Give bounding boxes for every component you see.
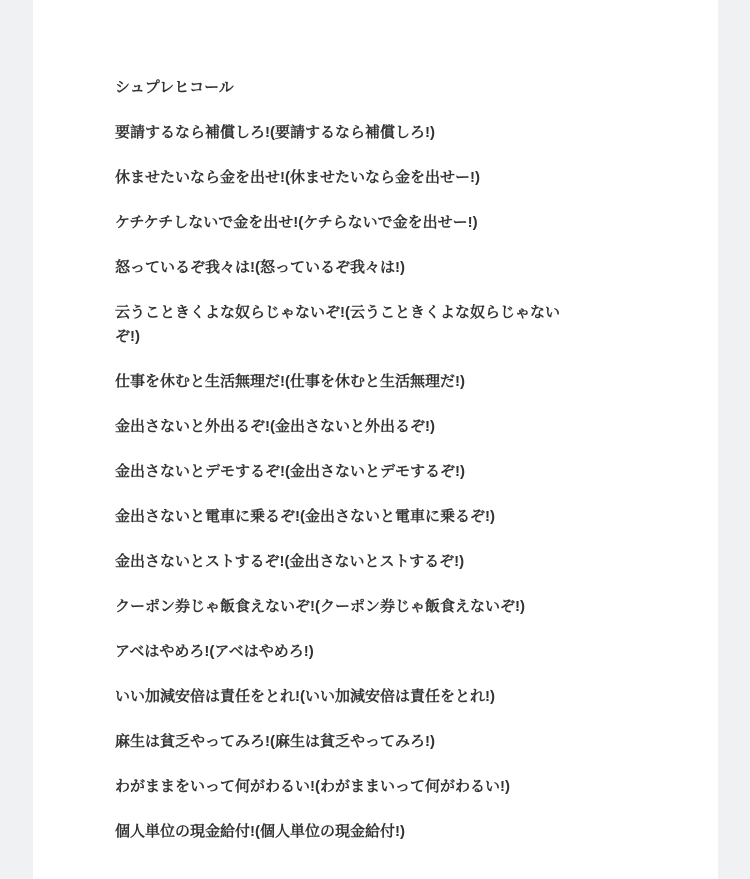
chant-paragraph: 仕事を休むと生活無理だ!(仕事を休むと生活無理だ!): [115, 370, 620, 394]
chant-paragraph: ケチケチしないで金を出せ!(ケチらないで金を出せー!): [115, 211, 620, 235]
chant-paragraph: 金出さないと電車に乗るぞ!(金出さないと電車に乗るぞ!): [115, 505, 620, 529]
chant-paragraph: 要請するなら補償しろ!(要請するなら補償しろ!): [115, 121, 620, 145]
chant-paragraph: わがままをいって何がわるい!(わがままいって何がわるい!): [115, 775, 620, 799]
chant-paragraph: 怒っているぞ我々は!(怒っているぞ我々は!): [115, 256, 620, 280]
chant-paragraph: アベはやめろ!(アベはやめろ!): [115, 640, 620, 664]
post-title: シュプレヒコール: [115, 76, 620, 100]
chant-paragraph: 金出さないとデモするぞ!(金出さないとデモするぞ!): [115, 460, 620, 484]
chant-paragraph: 金出さないとストするぞ!(金出さないとストするぞ!): [115, 550, 620, 574]
content-card: シュプレヒコール 要請するなら補償しろ!(要請するなら補償しろ!)休ませたいなら…: [33, 0, 718, 879]
chant-paragraph: 麻生は貧乏やってみろ!(麻生は貧乏やってみろ!): [115, 730, 620, 754]
chant-paragraph: 云うこときくよな奴らじゃないぞ!(云うこときくよな奴らじゃない ぞ!): [115, 301, 620, 349]
chant-paragraph: クーポン券じゃ飯食えないぞ!(クーポン券じゃ飯食えないぞ!): [115, 595, 620, 619]
chant-paragraph: いい加減安倍は責任をとれ!(いい加減安倍は責任をとれ!): [115, 685, 620, 709]
chant-paragraph: 金出さないと外出るぞ!(金出さないと外出るぞ!): [115, 415, 620, 439]
chant-paragraph: 休ませたいなら金を出せ!(休ませたいなら金を出せー!): [115, 166, 620, 190]
chant-paragraph: 個人単位の現金給付!(個人単位の現金給付!): [115, 820, 620, 844]
post-body: シュプレヒコール 要請するなら補償しろ!(要請するなら補償しろ!)休ませたいなら…: [33, 0, 620, 844]
chant-list: 要請するなら補償しろ!(要請するなら補償しろ!)休ませたいなら金を出せ!(休ませ…: [115, 121, 620, 844]
